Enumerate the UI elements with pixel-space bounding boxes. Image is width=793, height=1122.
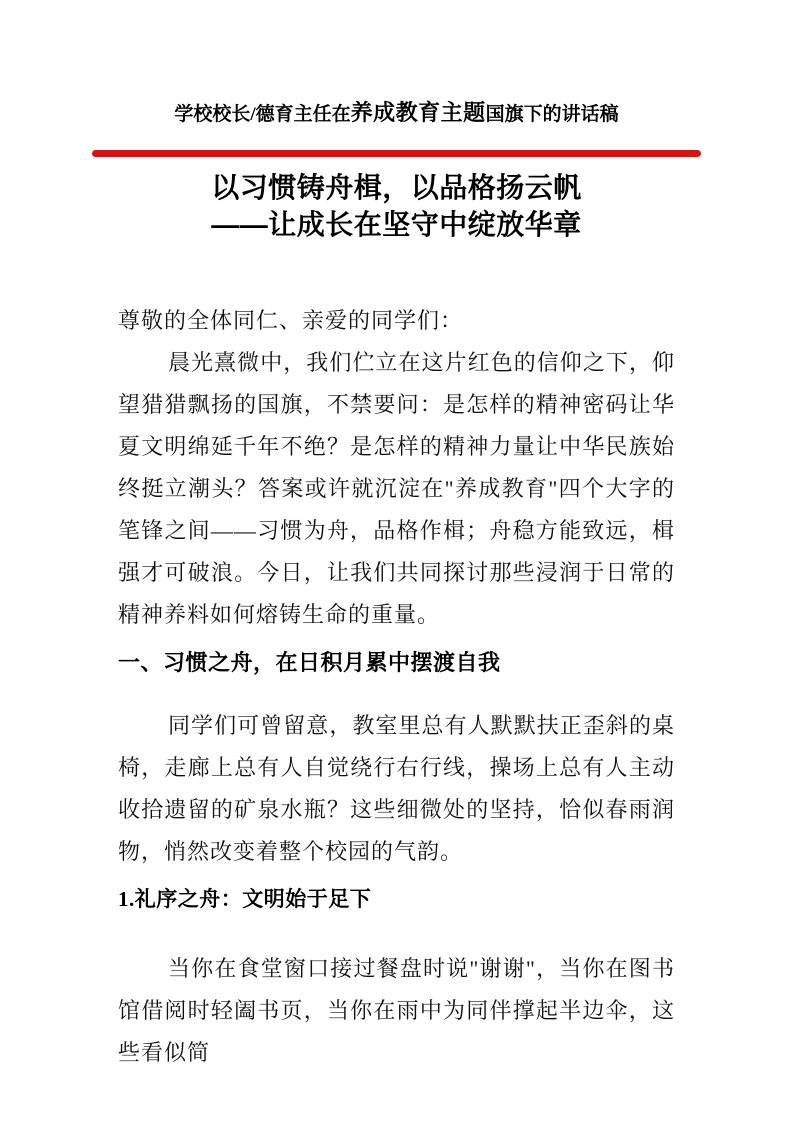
main-title: 以习惯铸舟楫，以品格扬云帆 ——让成长在坚守中绽放华章 [118,169,675,243]
document-page: 学校校长/德育主任在养成教育主题国旗下的讲话稿 以习惯铸舟楫，以品格扬云帆 ——… [0,0,793,1122]
main-title-line-1: 以习惯铸舟楫，以品格扬云帆 [118,169,675,206]
paragraph-subsection-1-1: 当你在食堂窗口接过餐盘时说"谢谢"，当你在图书馆借阅时轻阖书页，当你在雨中为同伴… [118,948,675,1074]
subsection-heading-1-1: 1.礼序之舟：文明始于足下 [118,885,675,913]
header-highlight: 养成教育主题 [351,100,486,125]
section-heading-1: 一、习惯之舟，在日积月累中摆渡自我 [118,648,675,678]
header-prefix: 学校校长/德育主任在 [174,104,350,125]
paragraph-intro: 晨光熹微中，我们伫立在这片红色的信仰之下，仰望猎猎飘扬的国旗，不禁要问：是怎样的… [118,342,675,636]
salutation: 尊敬的全体同仁、亲爱的同学们： [118,300,675,342]
main-title-line-2: ——让成长在坚守中绽放华章 [118,206,675,243]
paragraph-section-1: 同学们可曾留意，教室里总有人默默扶正歪斜的桌椅，走廊上总有人自觉绕行右行线，操场… [118,705,675,873]
header-suffix: 国旗下的讲话稿 [486,104,619,125]
document-header: 学校校长/德育主任在养成教育主题国旗下的讲话稿 [118,0,675,130]
red-divider-rule [92,150,701,157]
